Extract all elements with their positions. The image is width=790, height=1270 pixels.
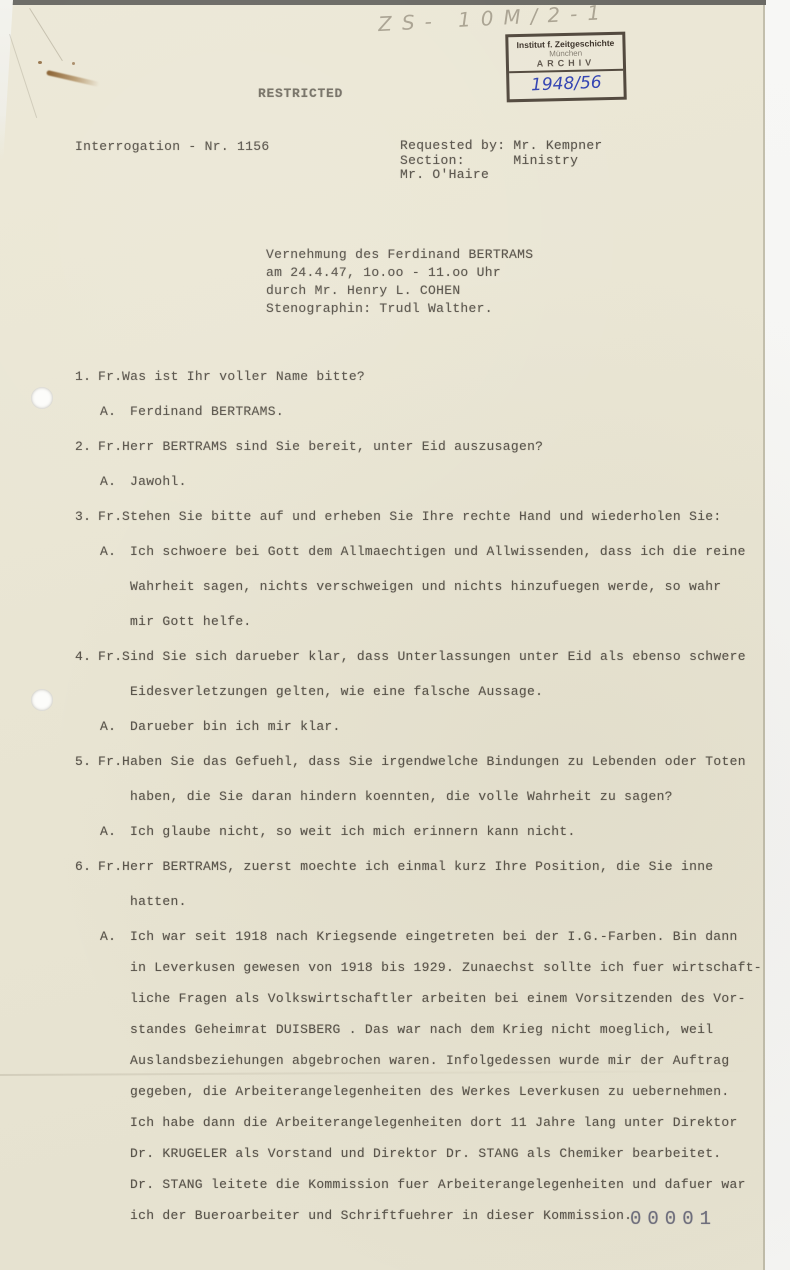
stamp-archiv-label: ARCHIV bbox=[511, 57, 621, 69]
question-text: Was ist Ihr voller Name bitte? bbox=[122, 369, 365, 384]
scanner-background-strip bbox=[765, 0, 790, 1270]
answer-prefix: A. bbox=[100, 544, 130, 559]
question-prefix: Fr. bbox=[98, 369, 122, 384]
stain-speck bbox=[38, 61, 42, 64]
answer-prefix: A. bbox=[100, 719, 130, 734]
answer-text: liche Fragen als Volkswirtschaftler arbe… bbox=[130, 991, 746, 1006]
qa-line: Auslandsbeziehungen abgebrochen waren. I… bbox=[0, 1053, 765, 1084]
answer-text: Wahrheit sagen, nichts verschweigen und … bbox=[130, 579, 721, 594]
answer-text: Dr. STANG leitete die Kommission fuer Ar… bbox=[130, 1177, 746, 1192]
qa-line: Ich habe dann die Arbeiterangelegenheite… bbox=[0, 1115, 765, 1146]
answer-text: Ferdinand BERTRAMS. bbox=[130, 404, 284, 419]
qa-line: 5.Fr.Haben Sie das Gefuehl, dass Sie irg… bbox=[0, 754, 765, 789]
qa-number: 2. bbox=[75, 439, 98, 454]
qa-line: A.Ich glaube nicht, so weit ich mich eri… bbox=[0, 824, 765, 859]
qa-line: 3.Fr.Stehen Sie bitte auf und erheben Si… bbox=[0, 509, 765, 544]
question-text: Haben Sie das Gefuehl, dass Sie irgendwe… bbox=[122, 754, 746, 769]
answer-text: in Leverkusen gewesen von 1918 bis 1929.… bbox=[130, 960, 762, 975]
answer-text: Darueber bin ich mir klar. bbox=[130, 719, 341, 734]
answer-prefix: A. bbox=[100, 929, 130, 944]
rust-stain bbox=[46, 70, 100, 87]
qa-line: 4.Fr.Sind Sie sich darueber klar, dass U… bbox=[0, 649, 765, 684]
stamp-accession-number: 1948/56 bbox=[509, 70, 624, 101]
question-text: haben, die Sie daran hindern koennten, d… bbox=[130, 789, 673, 804]
qa-line: A.Ich schwoere bei Gott dem Allmaechtige… bbox=[0, 544, 765, 579]
question-text: Herr BERTRAMS sind Sie bereit, unter Eid… bbox=[122, 439, 543, 454]
qa-number: 3. bbox=[75, 509, 98, 524]
answer-text: Auslandsbeziehungen abgebrochen waren. I… bbox=[130, 1053, 730, 1068]
answer-text: mir Gott helfe. bbox=[130, 614, 252, 629]
requested-by-line: Requested by: Mr. Kempner bbox=[400, 139, 603, 154]
qa-line: Wahrheit sagen, nichts verschweigen und … bbox=[0, 579, 765, 614]
paper-crease bbox=[29, 8, 63, 61]
qa-number: 5. bbox=[75, 754, 98, 769]
answer-text: ich der Bueroarbeiter und Schriftfuehrer… bbox=[130, 1208, 632, 1223]
answer-text: standes Geheimrat DUISBERG . Das war nac… bbox=[130, 1022, 713, 1037]
requested-by-line: Mr. O'Haire bbox=[400, 168, 603, 183]
question-prefix: Fr. bbox=[98, 439, 122, 454]
page-number-stamp: 00001 bbox=[630, 1208, 717, 1230]
interrogation-number: Interrogation - Nr. 1156 bbox=[75, 139, 269, 154]
answer-prefix: A. bbox=[100, 474, 130, 489]
title-line: Stenographin: Trudl Walther. bbox=[266, 300, 533, 318]
hearing-title-block: Vernehmung des Ferdinand BERTRAMSam 24.4… bbox=[266, 246, 533, 318]
qa-number: 1. bbox=[75, 369, 98, 384]
title-line: Vernehmung des Ferdinand BERTRAMS bbox=[266, 246, 533, 264]
archive-stamp: Institut f. Zeitgeschichte München ARCHI… bbox=[505, 32, 627, 103]
qa-line: A.Ich war seit 1918 nach Kriegsende eing… bbox=[0, 929, 765, 960]
question-text: hatten. bbox=[130, 894, 187, 909]
qa-line: Dr. KRUGELER als Vorstand und Direktor D… bbox=[0, 1146, 765, 1177]
requested-by-line: Section: Ministry bbox=[400, 154, 603, 169]
qa-number: 6. bbox=[75, 859, 98, 874]
answer-text: Jawohl. bbox=[130, 474, 187, 489]
qa-line: A.Jawohl. bbox=[0, 474, 765, 509]
qa-line: liche Fragen als Volkswirtschaftler arbe… bbox=[0, 991, 765, 1022]
question-text: Herr BERTRAMS, zuerst moechte ich einmal… bbox=[122, 859, 713, 874]
question-text: Stehen Sie bitte auf und erheben Sie Ihr… bbox=[122, 509, 722, 524]
requested-by-block: Requested by: Mr. KempnerSection: Minist… bbox=[400, 139, 603, 183]
qa-line: haben, die Sie daran hindern koennten, d… bbox=[0, 789, 765, 824]
qa-line: in Leverkusen gewesen von 1918 bis 1929.… bbox=[0, 960, 765, 991]
qa-transcript: 1.Fr.Was ist Ihr voller Name bitte?A.Fer… bbox=[0, 369, 765, 1239]
qa-line: 6.Fr.Herr BERTRAMS, zuerst moechte ich e… bbox=[0, 859, 765, 894]
scanned-document-page: ZS- 10M/2-1 Institut f. Zeitgeschichte M… bbox=[0, 0, 790, 1270]
qa-line: mir Gott helfe. bbox=[0, 614, 765, 649]
pencil-archive-note: ZS- 10M/2-1 bbox=[378, 0, 611, 36]
scan-top-shadow bbox=[0, 0, 766, 5]
question-prefix: Fr. bbox=[98, 509, 122, 524]
question-prefix: Fr. bbox=[98, 649, 122, 664]
paper-torn-left-edge bbox=[0, 0, 13, 160]
paper-crease bbox=[9, 34, 37, 118]
title-line: am 24.4.47, 1o.oo - 11.oo Uhr bbox=[266, 264, 533, 282]
qa-line: hatten. bbox=[0, 894, 765, 929]
answer-prefix: A. bbox=[100, 824, 130, 839]
qa-line: standes Geheimrat DUISBERG . Das war nac… bbox=[0, 1022, 765, 1053]
stain-speck bbox=[72, 62, 75, 65]
qa-line: Eidesverletzungen gelten, wie eine falsc… bbox=[0, 684, 765, 719]
title-line: durch Mr. Henry L. COHEN bbox=[266, 282, 533, 300]
classification-header: RESTRICTED bbox=[258, 86, 343, 101]
answer-text: Ich war seit 1918 nach Kriegsende einget… bbox=[130, 929, 738, 944]
question-text: Eidesverletzungen gelten, wie eine falsc… bbox=[130, 684, 543, 699]
qa-line: 1.Fr.Was ist Ihr voller Name bitte? bbox=[0, 369, 765, 404]
qa-line: A.Ferdinand BERTRAMS. bbox=[0, 404, 765, 439]
answer-prefix: A. bbox=[100, 404, 130, 419]
question-prefix: Fr. bbox=[98, 754, 122, 769]
answer-text: gegeben, die Arbeiterangelegenheiten des… bbox=[130, 1084, 730, 1099]
qa-line: A.Darueber bin ich mir klar. bbox=[0, 719, 765, 754]
question-prefix: Fr. bbox=[98, 859, 122, 874]
qa-line: gegeben, die Arbeiterangelegenheiten des… bbox=[0, 1084, 765, 1115]
answer-text: Dr. KRUGELER als Vorstand und Direktor D… bbox=[130, 1146, 721, 1161]
question-text: Sind Sie sich darueber klar, dass Unterl… bbox=[122, 649, 746, 664]
answer-text: Ich schwoere bei Gott dem Allmaechtigen … bbox=[130, 544, 746, 559]
qa-line: 2.Fr.Herr BERTRAMS sind Sie bereit, unte… bbox=[0, 439, 765, 474]
qa-number: 4. bbox=[75, 649, 98, 664]
qa-line: Dr. STANG leitete die Kommission fuer Ar… bbox=[0, 1177, 765, 1208]
answer-text: Ich habe dann die Arbeiterangelegenheite… bbox=[130, 1115, 738, 1130]
answer-text: Ich glaube nicht, so weit ich mich erinn… bbox=[130, 824, 576, 839]
